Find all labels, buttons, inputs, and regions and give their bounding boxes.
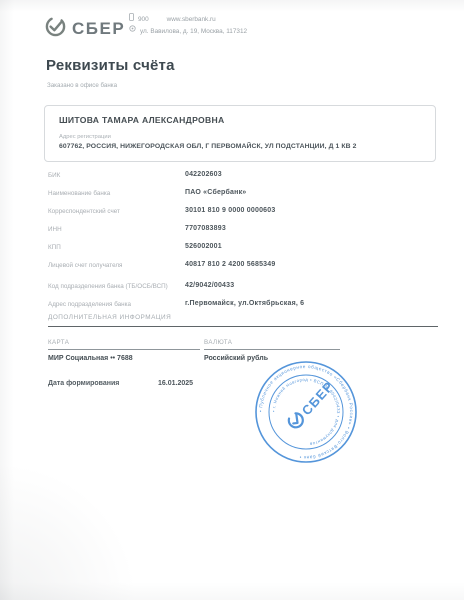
scanned-document-page: СБЕР 900 www.sberbank.ru ул. Вавилова, д… — [0, 0, 464, 600]
detail-label-bik: БИК — [48, 172, 60, 179]
detail-value-bank-name: ПАО «Сбербанк» — [185, 189, 246, 196]
contact-address-line: ул. Вавилова, д. 19, Москва, 117312 — [129, 25, 247, 37]
currency-column-label: ВАЛЮТА — [204, 339, 232, 346]
page-title: Реквизиты счёта — [46, 57, 175, 74]
detail-value-personal-account: 40817 810 2 4200 5685349 — [185, 261, 275, 268]
currency-column-underline — [204, 349, 340, 350]
location-pin-icon — [129, 25, 136, 37]
sber-logo-text: СБЕР — [72, 19, 125, 39]
detail-label-personal-account: Лицевой счет получателя — [48, 262, 122, 269]
detail-label-branch-address: Адрес подразделения банка — [48, 301, 131, 308]
account-holder-name: ШИТОВА ТАМАРА АЛЕКСАНДРОВНА — [59, 115, 421, 125]
detail-value-inn: 7707083893 — [185, 225, 226, 232]
section-divider — [48, 326, 438, 327]
card-value: МИР Социальная •• 7688 — [48, 355, 133, 362]
phone-number: 900 — [138, 14, 149, 25]
detail-label-corr-account: Корреспондентский счет — [48, 208, 120, 215]
detail-value-corr-account: 30101 810 9 0000 0000603 — [185, 207, 275, 214]
registration-address-label: Адрес регистрации — [59, 134, 421, 140]
website: www.sberbank.ru — [167, 14, 216, 25]
detail-label-bank-name: Наименование банка — [48, 190, 110, 197]
detail-value-kpp: 526002001 — [185, 243, 222, 250]
registration-address-value: 607762, РОССИЯ, НИЖЕГОРОДСКАЯ ОБЛ, Г ПЕР… — [59, 143, 421, 150]
sber-logo: СБЕР — [44, 15, 125, 43]
detail-value-branch-address: г.Первомайск, ул.Октябрьская, 6 — [185, 300, 304, 307]
detail-label-inn: ИНН — [48, 226, 62, 233]
card-column-underline — [48, 349, 200, 350]
bank-round-stamp: • Публичное акционерное общество «Сберба… — [246, 352, 366, 472]
bank-contacts: 900 www.sberbank.ru ул. Вавилова, д. 19,… — [129, 13, 247, 37]
account-holder-card: ШИТОВА ТАМАРА АЛЕКСАНДРОВНА Адрес регист… — [44, 105, 436, 162]
formation-date-label: Дата формирования — [48, 380, 119, 387]
card-column-label: КАРТА — [48, 339, 69, 346]
sber-check-circle-icon — [44, 15, 67, 43]
additional-info-section-title: ДОПОЛНИТЕЛЬНАЯ ИНФОРМАЦИЯ — [48, 314, 171, 321]
detail-value-branch-code: 42/9042/00433 — [185, 282, 234, 289]
detail-value-bik: 042202603 — [185, 171, 222, 178]
bank-address: ул. Вавилова, д. 19, Москва, 117312 — [140, 26, 247, 37]
page-subtitle: Заказано в офисе банка — [47, 82, 117, 89]
detail-label-kpp: КПП — [48, 244, 61, 251]
phone-icon — [129, 13, 134, 25]
detail-label-branch-code: Код подразделения банка (ТБ/ОСБ/ВСП) — [48, 283, 168, 290]
contact-phone-line: 900 www.sberbank.ru — [129, 13, 247, 25]
formation-date-value: 16.01.2025 — [158, 380, 193, 387]
